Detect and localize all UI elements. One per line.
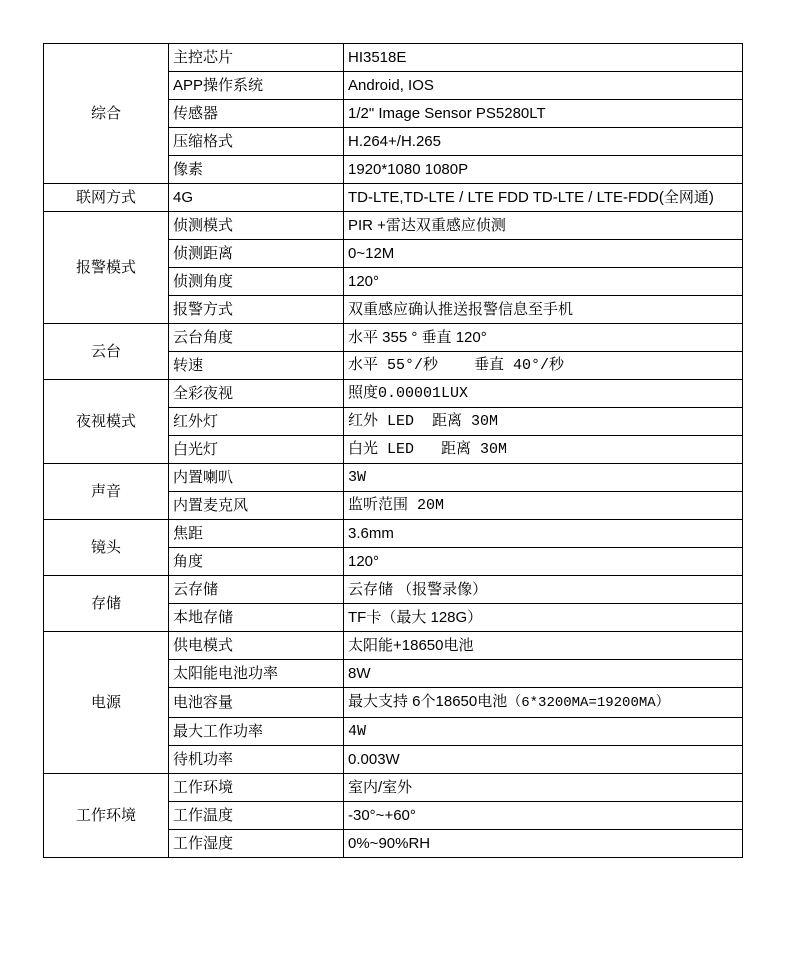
spec-label-cell: 焦距 — [169, 520, 344, 548]
spec-label-cell: 工作环境 — [169, 774, 344, 802]
spec-label-cell: 太阳能电池功率 — [169, 660, 344, 688]
table-row: 综合主控芯片HI3518E — [44, 44, 743, 72]
spec-value-cell: 0.003W — [344, 746, 743, 774]
table-row: 声音内置喇叭3W — [44, 464, 743, 492]
spec-value-cell: -30°~+60° — [344, 802, 743, 830]
spec-value-cell: H.264+/H.265 — [344, 128, 743, 156]
category-cell: 声音 — [44, 464, 169, 520]
spec-label-cell: 红外灯 — [169, 408, 344, 436]
spec-sheet-page: 综合主控芯片HI3518EAPP操作系统Android, IOS传感器1/2" … — [0, 0, 790, 964]
spec-label-cell: 侦测角度 — [169, 268, 344, 296]
spec-label-cell: 云台角度 — [169, 324, 344, 352]
category-cell: 联网方式 — [44, 184, 169, 212]
spec-label-cell: 报警方式 — [169, 296, 344, 324]
spec-value-cell: 120° — [344, 548, 743, 576]
category-cell: 存储 — [44, 576, 169, 632]
category-cell: 云台 — [44, 324, 169, 380]
spec-value-cell: 最大支持 6个18650电池（6*3200MA=19200MA） — [344, 688, 743, 718]
category-cell: 镜头 — [44, 520, 169, 576]
spec-label-cell: 传感器 — [169, 100, 344, 128]
spec-label-cell: 侦测距离 — [169, 240, 344, 268]
spec-value-cell: TD-LTE,TD-LTE / LTE FDD TD-LTE / LTE-FDD… — [344, 184, 743, 212]
spec-value-cell: 红外 LED 距离 30M — [344, 408, 743, 436]
table-row: 夜视模式全彩夜视照度0.00001LUX — [44, 380, 743, 408]
spec-label-cell: 全彩夜视 — [169, 380, 344, 408]
spec-label-cell: 待机功率 — [169, 746, 344, 774]
spec-label-cell: 最大工作功率 — [169, 718, 344, 746]
spec-label-cell: 角度 — [169, 548, 344, 576]
spec-label-cell: APP操作系统 — [169, 72, 344, 100]
spec-label-cell: 本地存储 — [169, 604, 344, 632]
spec-value-cell: 太阳能+18650电池 — [344, 632, 743, 660]
spec-value-cell: 120° — [344, 268, 743, 296]
spec-value-cell: 双重感应确认推送报警信息至手机 — [344, 296, 743, 324]
spec-label-cell: 内置麦克风 — [169, 492, 344, 520]
spec-label-cell: 压缩格式 — [169, 128, 344, 156]
spec-value-cell: 照度0.00001LUX — [344, 380, 743, 408]
table-row: 报警模式侦测模式PIR +雷达双重感应侦测 — [44, 212, 743, 240]
spec-value-cell: 1/2" Image Sensor PS5280LT — [344, 100, 743, 128]
table-row: 联网方式4GTD-LTE,TD-LTE / LTE FDD TD-LTE / L… — [44, 184, 743, 212]
spec-value-segment: （6*3200MA=19200MA） — [507, 695, 669, 711]
spec-label-cell: 转速 — [169, 352, 344, 380]
spec-label-cell: 侦测模式 — [169, 212, 344, 240]
spec-table: 综合主控芯片HI3518EAPP操作系统Android, IOS传感器1/2" … — [43, 43, 743, 858]
spec-label-cell: 工作温度 — [169, 802, 344, 830]
category-cell: 报警模式 — [44, 212, 169, 324]
category-cell: 综合 — [44, 44, 169, 184]
spec-label-cell: 云存储 — [169, 576, 344, 604]
spec-label-cell: 主控芯片 — [169, 44, 344, 72]
table-row: 镜头焦距3.6mm — [44, 520, 743, 548]
spec-value-cell: PIR +雷达双重感应侦测 — [344, 212, 743, 240]
category-cell: 工作环境 — [44, 774, 169, 858]
spec-value-segment: 最大支持 6个18650电池 — [348, 693, 507, 710]
table-row: 存储云存储云存储 （报警录像） — [44, 576, 743, 604]
spec-value-cell: 室内/室外 — [344, 774, 743, 802]
spec-label-cell: 像素 — [169, 156, 344, 184]
category-cell: 夜视模式 — [44, 380, 169, 464]
spec-label-cell: 白光灯 — [169, 436, 344, 464]
spec-value-cell: 1920*1080 1080P — [344, 156, 743, 184]
spec-value-cell: 8W — [344, 660, 743, 688]
spec-value-cell: TF卡（最大 128G） — [344, 604, 743, 632]
spec-label-cell: 电池容量 — [169, 688, 344, 718]
spec-table-body: 综合主控芯片HI3518EAPP操作系统Android, IOS传感器1/2" … — [44, 44, 743, 858]
spec-value-cell: 0%~90%RH — [344, 830, 743, 858]
spec-label-cell: 供电模式 — [169, 632, 344, 660]
spec-value-cell: 水平 355 ° 垂直 120° — [344, 324, 743, 352]
spec-value-cell: HI3518E — [344, 44, 743, 72]
spec-value-cell: 3.6mm — [344, 520, 743, 548]
spec-value-cell: 水平 55°/秒 垂直 40°/秒 — [344, 352, 743, 380]
table-row: 电源供电模式太阳能+18650电池 — [44, 632, 743, 660]
table-row: 云台云台角度水平 355 ° 垂直 120° — [44, 324, 743, 352]
spec-value-cell: 0~12M — [344, 240, 743, 268]
spec-label-cell: 内置喇叭 — [169, 464, 344, 492]
spec-value-cell: 4W — [344, 718, 743, 746]
spec-label-cell: 4G — [169, 184, 344, 212]
table-row: 工作环境工作环境室内/室外 — [44, 774, 743, 802]
spec-value-cell: Android, IOS — [344, 72, 743, 100]
spec-value-cell: 监听范围 20M — [344, 492, 743, 520]
spec-value-cell: 云存储 （报警录像） — [344, 576, 743, 604]
category-cell: 电源 — [44, 632, 169, 774]
spec-value-cell: 3W — [344, 464, 743, 492]
spec-label-cell: 工作湿度 — [169, 830, 344, 858]
spec-value-cell: 白光 LED 距离 30M — [344, 436, 743, 464]
